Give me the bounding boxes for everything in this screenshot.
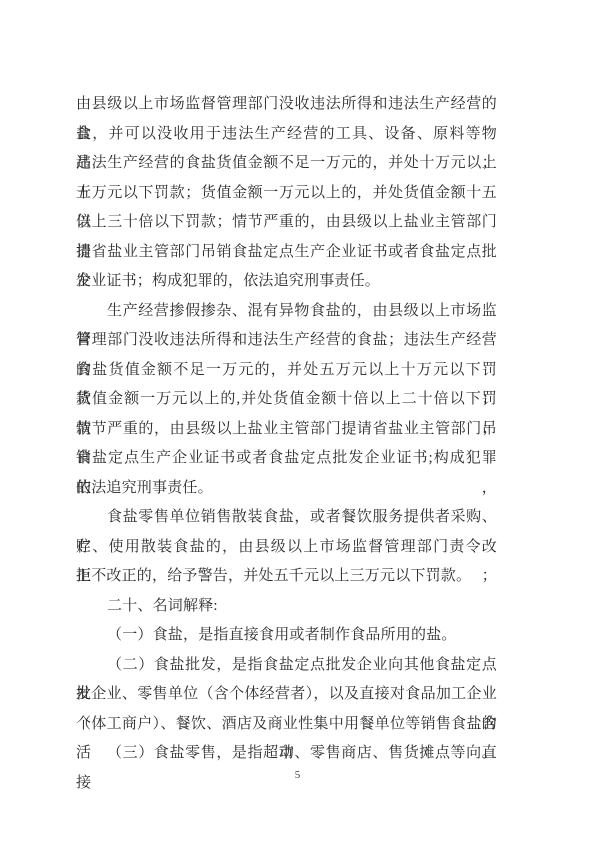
text-line: 五万元以下罚款；货值金额一万元以上的，并处货值金额十五倍	[76, 179, 497, 209]
text-line: 以上三十倍以下罚款；情节严重的，由县级以上盐业主管部门提	[76, 208, 497, 238]
text-line: 发企业、零售单位（含个体经营者），以及直接对食品加工企业（含	[76, 680, 497, 710]
document-body: 由县级以上市场监督管理部门没收违法所得和违法生产经营的食盐，并可以没收用于违法生…	[76, 90, 497, 769]
page-number: 5	[0, 768, 595, 782]
text-line: 食盐定点生产企业证书或者食盐定点批发企业证书;构成犯罪的，	[76, 444, 497, 474]
text-line: 食盐零售单位销售散装食盐，或者餐饮服务提供者采购、贮	[76, 503, 497, 533]
text-line: 情节严重的，由县级以上盐业主管部门提请省盐业主管部门吊销	[76, 415, 497, 445]
text-line: 货值金额一万元以上的,并处货值金额十倍以上二十倍以下罚款；	[76, 385, 497, 415]
text-line: 个体工商户）、餐饮、酒店及商业性集中用餐单位等销售食盐的活动。	[76, 710, 497, 740]
text-line: 企业证书；构成犯罪的，依法追究刑事责任。	[76, 267, 497, 297]
text-line: 违法生产经营的食盐货值金额不足一万元的，并处十万元以上十	[76, 149, 497, 179]
text-line: 请省盐业主管部门吊销食盐定点生产企业证书或者食盐定点批发	[76, 238, 497, 268]
text-line: 二十、名词解释:	[76, 592, 497, 622]
text-line: 存、使用散装食盐的，由县级以上市场监督管理部门责令改正；	[76, 533, 497, 563]
text-line: （一）食盐，是指直接食用或者制作食品所用的盐。	[76, 621, 497, 651]
text-line: 盐，并可以没收用于违法生产经营的工具、设备、原料等物品；	[76, 120, 497, 150]
text-line: 生产经营掺假掺杂、混有异物食盐的，由县级以上市场监督	[76, 297, 497, 327]
text-line: 由县级以上市场监督管理部门没收违法所得和违法生产经营的食	[76, 90, 497, 120]
text-line: 拒不改正的，给予警告，并处五千元以上三万元以下罚款。	[76, 562, 497, 592]
document-page: 由县级以上市场监督管理部门没收违法所得和违法生产经营的食盐，并可以没收用于违法生…	[0, 0, 595, 842]
text-line: 管理部门没收违法所得和违法生产经营的食盐；违法生产经营的	[76, 326, 497, 356]
text-line: 食盐货值金额不足一万元的，并处五万元以上十万元以下罚款；	[76, 356, 497, 386]
text-line: （二）食盐批发，是指食盐定点批发企业向其他食盐定点批	[76, 651, 497, 681]
text-line: （三）食盐零售，是指超市、零售商店、售货摊点等向直接	[76, 739, 497, 769]
